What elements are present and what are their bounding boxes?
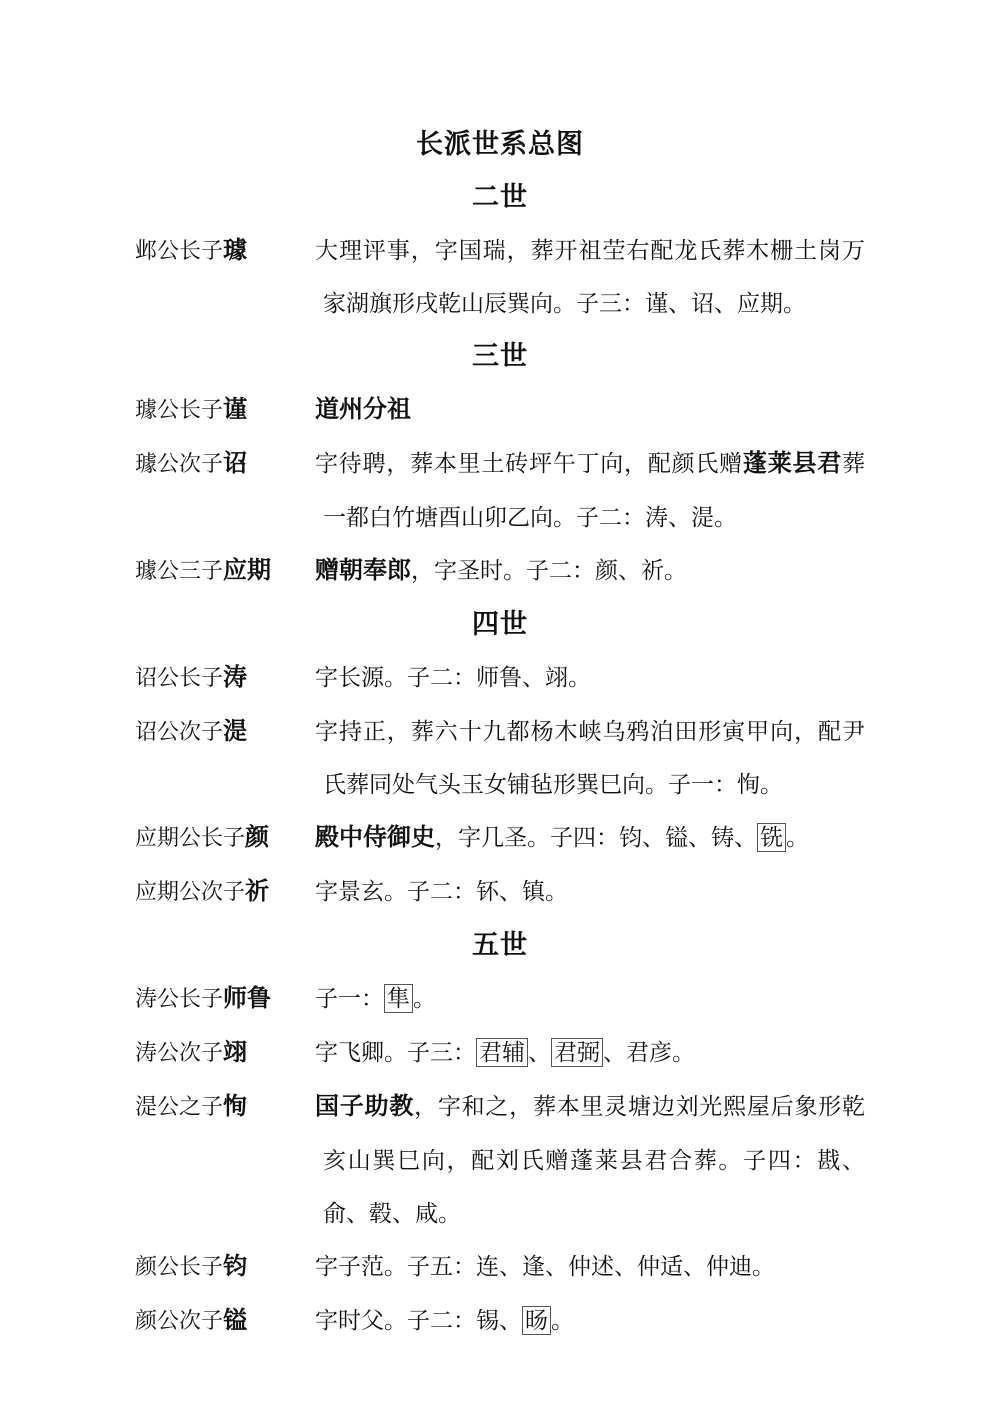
section-heading: 二世 xyxy=(135,171,865,224)
text-run: 。 xyxy=(786,825,809,850)
entry-text: 字长源。子二：师鲁、翊。 xyxy=(315,651,865,704)
text-run: 字景玄。子二：钚、镇。 xyxy=(315,879,568,904)
boxed-name: 隼 xyxy=(384,984,413,1013)
entry-text: 字子范。子五：连、逢、仲述、仲适、仲迪。 xyxy=(315,1240,865,1293)
text-run: 字时父。子二：锡、 xyxy=(315,1308,522,1333)
entry-label-prefix: 诏公次子 xyxy=(135,719,223,744)
entry-text: 子一：隼。 xyxy=(315,972,865,1025)
entry-label-name: 师鲁 xyxy=(223,986,271,1012)
entry-text: 字时父。子二：锡、旸。 xyxy=(315,1294,865,1347)
entry-label: 邺公长子璩 xyxy=(135,224,315,278)
text-run: 大理评事，字国瑞，葬开祖茔右配龙氏葬木栅土岗万家湖旗形戌乾山辰巽向。子三：谨、诏… xyxy=(315,238,865,316)
entry-label-name: 湜 xyxy=(223,719,247,745)
lineage-entry: 应期公次子祈字景玄。子二：钚、镇。 xyxy=(135,865,865,919)
entry-label: 诏公次子湜 xyxy=(135,705,315,759)
lineage-entry: 诏公次子湜字持正，葬六十九都杨木峡乌鸦泊田形寅甲向，配尹氏葬同处气头玉女铺毡形巽… xyxy=(135,705,865,811)
entry-label-name: 颜 xyxy=(245,825,269,851)
entry-label: 颜公长子钧 xyxy=(135,1240,315,1294)
entry-label-prefix: 涛公长子 xyxy=(135,986,223,1011)
entry-label: 诏公长子涛 xyxy=(135,651,315,705)
entry-label-name: 恂 xyxy=(223,1094,247,1120)
lineage-entry: 璩公次子诏字待聘，葬本里土砖坪午丁向，配颜氏赠蓬莱县君葬一都白竹塘酉山卯乙向。子… xyxy=(135,437,865,544)
entry-label: 涛公次子翊 xyxy=(135,1026,315,1080)
text-run: 蓬莱县君 xyxy=(743,451,842,477)
section-heading: 三世 xyxy=(135,330,865,383)
text-run: 、君彦。 xyxy=(603,1040,695,1065)
entry-label-prefix: 涛公次子 xyxy=(135,1040,223,1065)
lineage-entry: 颜公长子钧字子范。子五：连、逢、仲述、仲适、仲迪。 xyxy=(135,1240,865,1294)
entry-label-name: 诏 xyxy=(223,451,247,477)
entry-label-prefix: 邺公长子 xyxy=(135,238,223,263)
lineage-entry: 璩公长子谨道州分祖 xyxy=(135,383,865,437)
boxed-name: 旸 xyxy=(522,1306,551,1335)
lineage-entry: 应期公长子颜殿中侍御史，字几圣。子四：钧、镒、铸、铣。 xyxy=(135,811,865,865)
text-run: 字持正，葬六十九都杨木峡乌鸦泊田形寅甲向，配尹氏葬同处气头玉女铺毡形巽巳向。子一… xyxy=(315,719,865,797)
entry-label: 湜公之子恂 xyxy=(135,1080,315,1134)
text-run: 赠朝奉郎 xyxy=(315,558,411,584)
boxed-name: 铣 xyxy=(757,823,786,852)
text-run: 国子助教 xyxy=(315,1094,414,1120)
entry-label: 应期公次子祈 xyxy=(135,865,315,919)
text-run: 、 xyxy=(528,1040,551,1065)
entry-label-name: 涛 xyxy=(223,665,247,691)
entry-label-prefix: 璩公长子 xyxy=(135,397,223,422)
entry-label-name: 翊 xyxy=(223,1040,247,1066)
section-heading: 五世 xyxy=(135,919,865,972)
lineage-entry: 涛公次子翊字飞卿。子三：君辅、君弼、君彦。 xyxy=(135,1026,865,1080)
text-run: ，字几圣。子四：钧、镒、铸、 xyxy=(435,825,757,850)
entry-label: 涛公长子师鲁 xyxy=(135,972,315,1026)
text-run: 。 xyxy=(551,1308,574,1333)
entry-text: 大理评事，字国瑞，葬开祖茔右配龙氏葬木栅土岗万家湖旗形戌乾山辰巽向。子三：谨、诏… xyxy=(315,224,865,330)
section-heading: 四世 xyxy=(135,598,865,651)
entry-label-prefix: 颜公长子 xyxy=(135,1254,223,1279)
entry-label-name: 钧 xyxy=(223,1254,247,1280)
lineage-entry: 颜公次子镒字时父。子二：锡、旸。 xyxy=(135,1294,865,1348)
entry-text: 国子助教，字和之，葬本里灵塘边刘光熙屋后象形乾亥山巽巳向，配刘氏赠蓬莱县君合葬。… xyxy=(315,1080,865,1240)
entry-label-prefix: 应期公次子 xyxy=(135,879,245,904)
entry-text: 字飞卿。子三：君辅、君弼、君彦。 xyxy=(315,1026,865,1079)
entry-text: 字持正，葬六十九都杨木峡乌鸦泊田形寅甲向，配尹氏葬同处气头玉女铺毡形巽巳向。子一… xyxy=(315,705,865,811)
entry-text: 道州分祖 xyxy=(315,383,865,437)
text-run: 。 xyxy=(413,986,436,1011)
entry-label: 璩公三子应期 xyxy=(135,544,315,598)
lineage-entry: 湜公之子恂国子助教，字和之，葬本里灵塘边刘光熙屋后象形乾亥山巽巳向，配刘氏赠蓬莱… xyxy=(135,1080,865,1240)
text-run: ，字圣时。子二：颜、祈。 xyxy=(411,558,687,583)
entry-label-prefix: 应期公长子 xyxy=(135,825,245,850)
entry-label-prefix: 颜公次子 xyxy=(135,1308,223,1333)
text-run: 道州分祖 xyxy=(315,397,411,423)
text-run: 字待聘，葬本里土砖坪午丁向，配颜氏赠 xyxy=(315,451,743,476)
entry-label: 璩公次子诏 xyxy=(135,437,315,491)
lineage-entry: 诏公长子涛字长源。子二：师鲁、翊。 xyxy=(135,651,865,705)
entry-text: 字待聘，葬本里土砖坪午丁向，配颜氏赠蓬莱县君葬一都白竹塘酉山卯乙向。子二：涛、湜… xyxy=(315,437,865,544)
boxed-name: 君弼 xyxy=(551,1038,603,1067)
entry-label: 璩公长子谨 xyxy=(135,383,315,437)
entry-label-prefix: 璩公三子 xyxy=(135,558,223,583)
text-run: 字长源。子二：师鲁、翊。 xyxy=(315,665,591,690)
entry-label-name: 祈 xyxy=(245,879,269,905)
document-body: 二世邺公长子璩大理评事，字国瑞，葬开祖茔右配龙氏葬木栅土岗万家湖旗形戌乾山辰巽向… xyxy=(135,171,865,1348)
lineage-entry: 涛公长子师鲁子一：隼。 xyxy=(135,972,865,1026)
entry-label-name: 应期 xyxy=(223,558,271,584)
entry-label-prefix: 璩公次子 xyxy=(135,451,223,476)
entry-text: 字景玄。子二：钚、镇。 xyxy=(315,865,865,918)
entry-label-name: 镒 xyxy=(223,1308,247,1334)
entry-label-prefix: 湜公之子 xyxy=(135,1094,223,1119)
entry-text: 殿中侍御史，字几圣。子四：钧、镒、铸、铣。 xyxy=(315,811,865,865)
lineage-entry: 璩公三子应期赠朝奉郎，字圣时。子二：颜、祈。 xyxy=(135,544,865,598)
page-title: 长派世系总图 xyxy=(135,118,865,171)
text-run: 字子范。子五：连、逢、仲述、仲适、仲迪。 xyxy=(315,1254,775,1279)
entry-label: 应期公长子颜 xyxy=(135,811,315,865)
text-run: 殿中侍御史 xyxy=(315,825,435,851)
entry-label: 颜公次子镒 xyxy=(135,1294,315,1348)
entry-label-prefix: 诏公长子 xyxy=(135,665,223,690)
text-run: 子一： xyxy=(315,986,384,1011)
text-run: 字飞卿。子三： xyxy=(315,1040,476,1065)
boxed-name: 君辅 xyxy=(476,1038,528,1067)
entry-label-name: 谨 xyxy=(223,397,247,423)
entry-text: 赠朝奉郎，字圣时。子二：颜、祈。 xyxy=(315,544,865,598)
document-page: 长派世系总图 二世邺公长子璩大理评事，字国瑞，葬开祖茔右配龙氏葬木栅土岗万家湖旗… xyxy=(0,0,1000,1414)
lineage-entry: 邺公长子璩大理评事，字国瑞，葬开祖茔右配龙氏葬木栅土岗万家湖旗形戌乾山辰巽向。子… xyxy=(135,224,865,330)
entry-label-name: 璩 xyxy=(223,238,247,264)
